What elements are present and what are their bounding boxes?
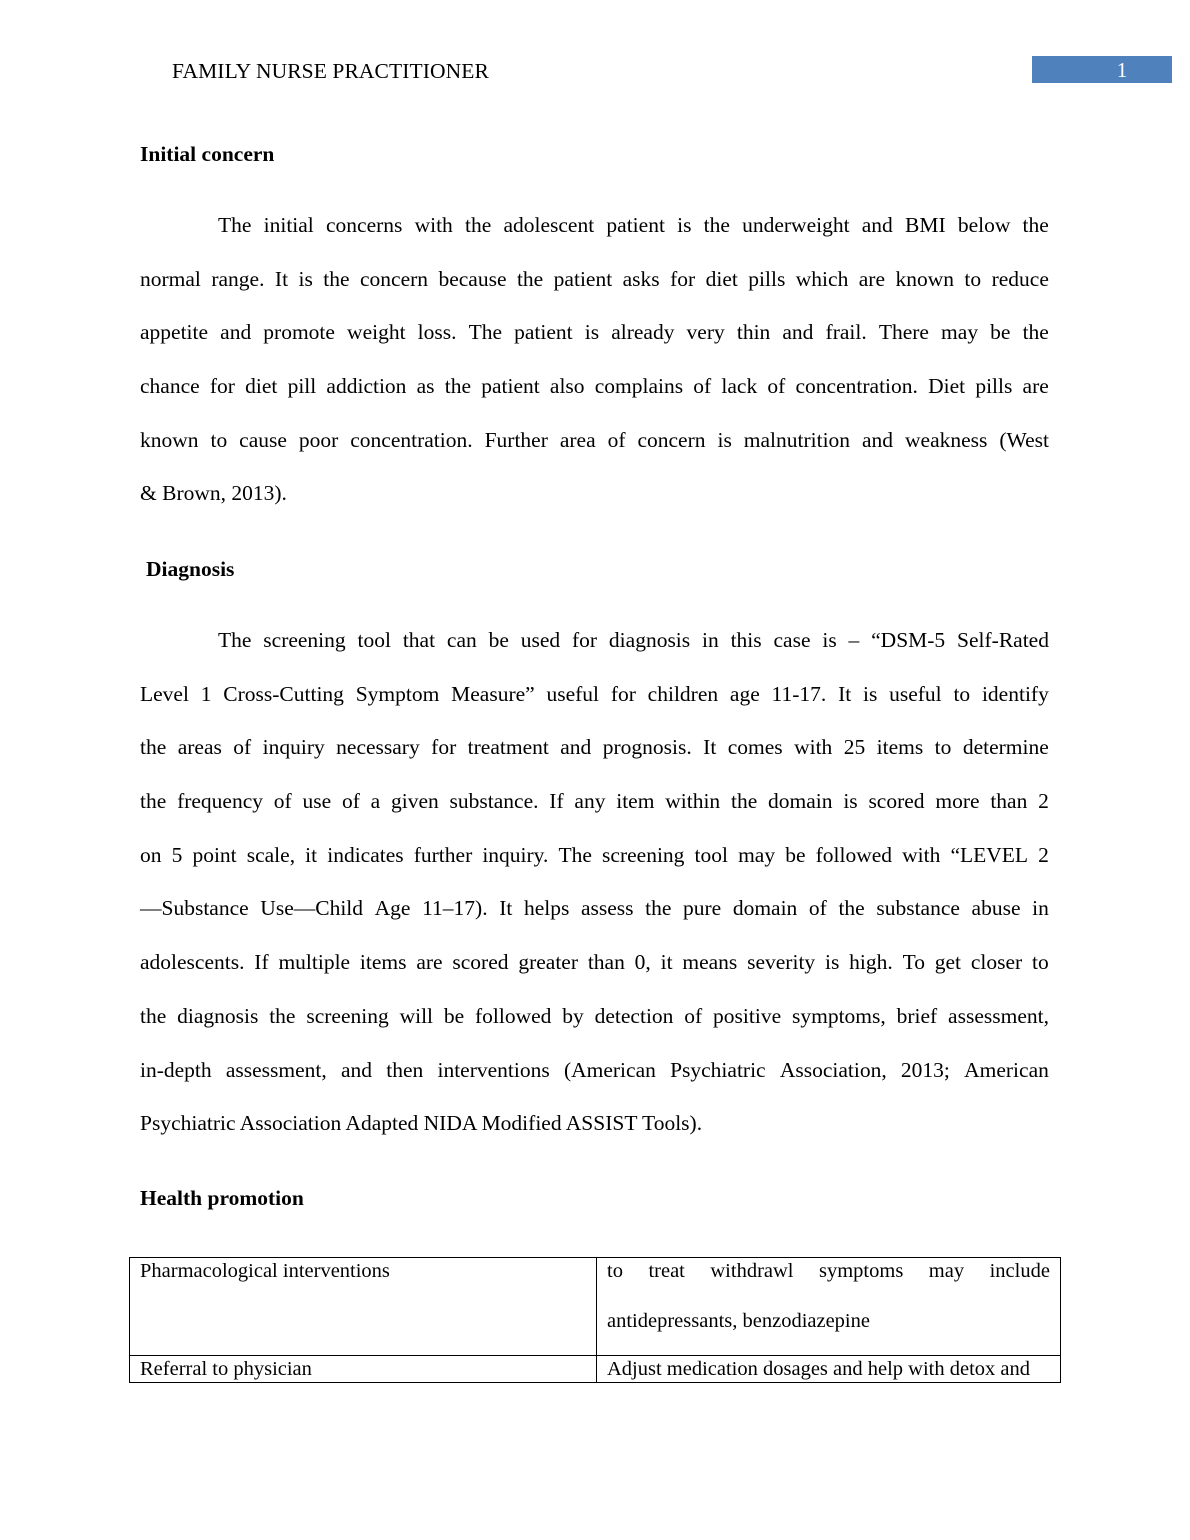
- text-line: & Brown, 2013).: [140, 467, 1049, 521]
- cell-text: antidepressants, benzodiazepine: [607, 1308, 1050, 1334]
- cell-word: symptoms: [819, 1258, 903, 1284]
- paragraph-initial-concern: Theinitialconcernswiththeadolescentpatie…: [140, 199, 1049, 521]
- cell-word: include: [990, 1258, 1050, 1284]
- running-head: FAMILY NURSE PRACTITIONER: [172, 57, 489, 85]
- text-line: —SubstanceUse—ChildAge11–17).Ithelpsasse…: [140, 882, 1049, 936]
- page-number: 1: [1112, 57, 1132, 84]
- text-line: knowntocausepoorconcentration.Furtherare…: [140, 414, 1049, 468]
- table-row: Referral to physician Adjust medication …: [130, 1356, 1061, 1383]
- text-line: appetiteandpromoteweightloss.Thepatienti…: [140, 306, 1049, 360]
- heading-health-promotion: Health promotion: [140, 1184, 304, 1212]
- text-line: theareasofinquirynecessaryfortreatmentan…: [140, 721, 1049, 775]
- heading-diagnosis: Diagnosis: [146, 555, 234, 583]
- table-cell-label: Pharmacological interventions: [130, 1258, 597, 1356]
- cell-text: Pharmacological interventions: [140, 1260, 390, 1282]
- text-line: thefrequencyofuseofagivensubstance.Ifany…: [140, 775, 1049, 829]
- table-cell-detail: Adjust medication dosages and help with …: [597, 1356, 1061, 1383]
- text-line: in-depthassessment,andtheninterventions(…: [140, 1044, 1049, 1098]
- text-line: chancefordietpilladdictionasthepatiental…: [140, 360, 1049, 414]
- table-cell-detail: totreatwithdrawlsymptomsmayinclude antid…: [597, 1258, 1061, 1356]
- page-number-box: [1032, 56, 1172, 83]
- cell-text: Referral to physician: [140, 1358, 312, 1380]
- text-line: thediagnosisthescreeningwillbefollowedby…: [140, 990, 1049, 1044]
- text-line: adolescents.Ifmultipleitemsarescoredgrea…: [140, 936, 1049, 990]
- text-line: Psychiatric Association Adapted NIDA Mod…: [140, 1097, 1049, 1151]
- paragraph-diagnosis: Thescreeningtoolthatcanbeusedfordiagnosi…: [140, 614, 1049, 1151]
- text-line: Level1Cross-CuttingSymptomMeasure”useful…: [140, 668, 1049, 722]
- text-line: Thescreeningtoolthatcanbeusedfordiagnosi…: [140, 614, 1049, 668]
- document-page: FAMILY NURSE PRACTITIONER 1 Initial conc…: [0, 0, 1190, 1540]
- cell-word: withdrawl: [710, 1258, 793, 1284]
- text-line: normalrange.Itistheconcernbecausethepati…: [140, 253, 1049, 307]
- cell-text: Adjust medication dosages and help with …: [607, 1358, 1030, 1380]
- cell-word: to: [607, 1258, 623, 1284]
- cell-justified-line: totreatwithdrawlsymptomsmayinclude: [607, 1258, 1050, 1284]
- cell-word: treat: [648, 1258, 684, 1284]
- table-cell-label: Referral to physician: [130, 1356, 597, 1383]
- text-line: Theinitialconcernswiththeadolescentpatie…: [140, 199, 1049, 253]
- table-row: Pharmacological interventions totreatwit…: [130, 1258, 1061, 1356]
- text-line: on5pointscale,itindicatesfurtherinquiry.…: [140, 829, 1049, 883]
- cell-word: may: [929, 1258, 964, 1284]
- health-promotion-table: Pharmacological interventions totreatwit…: [129, 1257, 1061, 1383]
- heading-initial-concern: Initial concern: [140, 140, 274, 168]
